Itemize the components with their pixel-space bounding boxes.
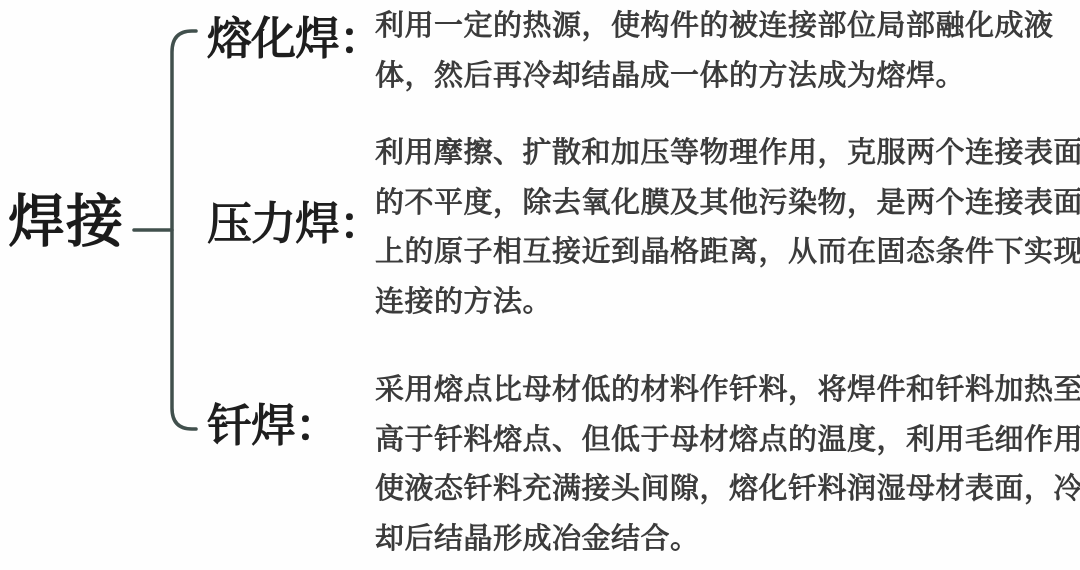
- branch-label-pressure-welding: 压力焊：: [207, 199, 383, 249]
- branch-desc-pressure-welding: 利用摩擦、扩散和加压等物理作用，克服两个连接表面 的不平度，除去氧化膜及其他污染…: [375, 129, 1080, 327]
- desc-line: 使液态钎料充满接头间隙，熔化钎料润湿母材表面，冷: [375, 465, 1080, 515]
- desc-line: 上的原子相互接近到晶格距离，从而在固态条件下实现: [375, 228, 1080, 278]
- desc-line: 采用熔点比母材低的材料作钎料，将焊件和钎料加热至: [375, 366, 1080, 416]
- branch-desc-fusion-welding: 利用一定的热源，使构件的被连接部位局部融化成液 体，然后再冷却结晶成一体的方法成…: [375, 2, 1080, 101]
- branch-desc-brazing: 采用熔点比母材低的材料作钎料，将焊件和钎料加热至 高于钎料熔点、但低于母材熔点的…: [375, 366, 1080, 564]
- desc-line: 利用摩擦、扩散和加压等物理作用，克服两个连接表面: [375, 129, 1080, 179]
- desc-line: 却后结晶形成冶金结合。: [375, 515, 1080, 565]
- branch-label-brazing: 钎焊：: [207, 401, 339, 451]
- branch-label-fusion-welding: 熔化焊：: [207, 14, 383, 64]
- desc-line: 连接的方法。: [375, 278, 1080, 328]
- desc-line: 的不平度，除去氧化膜及其他污染物，是两个连接表面: [375, 179, 1080, 229]
- brace-curve: [172, 31, 196, 429]
- root-node-label: 焊接: [8, 192, 124, 252]
- welding-classification-diagram: 焊接 熔化焊： 压力焊： 钎焊： 利用一定的热源，使构件的被连接部位局部融化成液…: [0, 0, 1080, 570]
- desc-line: 体，然后再冷却结晶成一体的方法成为熔焊。: [375, 52, 1080, 102]
- desc-line: 高于钎料熔点、但低于母材熔点的温度，利用毛细作用: [375, 416, 1080, 466]
- desc-line: 利用一定的热源，使构件的被连接部位局部融化成液: [375, 2, 1080, 52]
